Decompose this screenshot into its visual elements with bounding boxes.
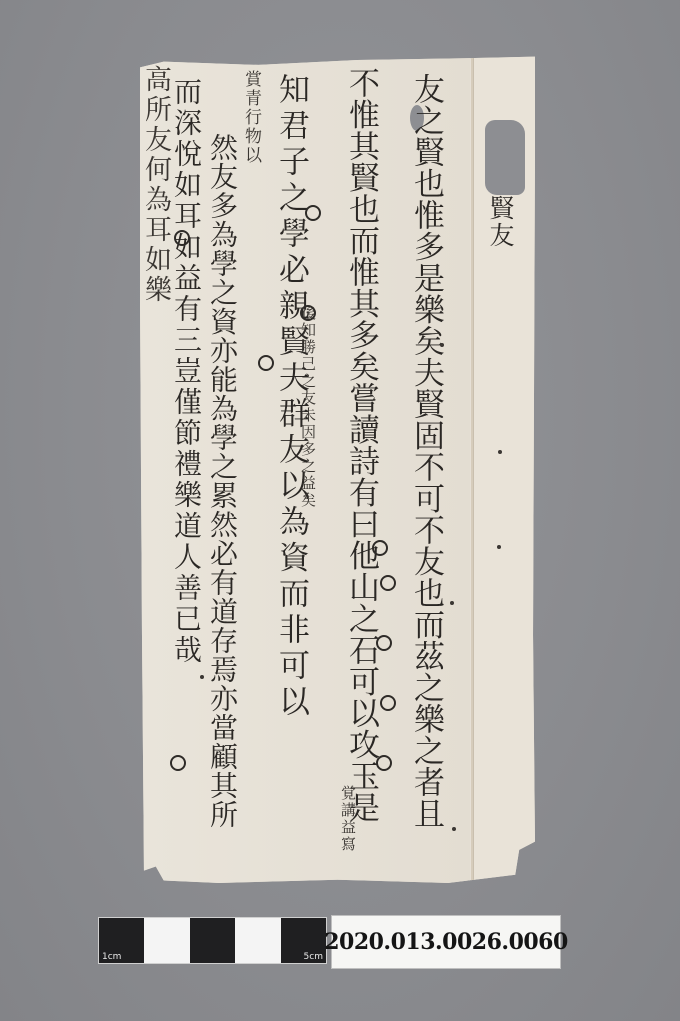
- annotation-circle-mark: [170, 755, 186, 771]
- manuscript-column-5: 而深悅如耳如益有三豈僅節禮樂道人善已哉: [172, 77, 200, 666]
- catalog-id-label: 2020.013.0026.0060: [331, 915, 561, 969]
- manuscript-column-1: 友之賢也惟多是樂矣夫賢固不可不友也而茲之樂之者且: [410, 73, 441, 829]
- scale-segment: [144, 918, 189, 963]
- ink-punctuation-dot: [498, 450, 502, 454]
- scale-left-label: 1cm: [102, 952, 121, 962]
- annotation-column-3: 覚講益寫: [340, 785, 355, 853]
- measurement-scale-bar: 1cm 5cm: [98, 917, 327, 964]
- ink-punctuation-dot: [450, 601, 454, 605]
- annotation-circle-mark: [376, 755, 392, 771]
- annotation-column-2: 後知勝己之友未因多之益矣: [300, 305, 315, 509]
- scale-segment: [190, 918, 235, 963]
- annotation-circle-mark: [380, 695, 396, 711]
- annotation-circle-mark: [174, 230, 190, 246]
- ink-punctuation-dot: [452, 827, 456, 831]
- annotation-circle-mark: [376, 635, 392, 651]
- ink-punctuation-dot: [440, 343, 444, 347]
- annotation-circle-mark: [305, 205, 321, 221]
- annotation-column-1: 賞青行物以: [242, 70, 259, 165]
- manuscript-column-2: 不惟其賢也而惟其多矣嘗讀詩有曰他山之石可以攻玉是: [345, 67, 376, 823]
- manuscript-column-6: 高所友何為耳如樂: [142, 65, 169, 305]
- annotation-circle-mark: [380, 575, 396, 591]
- ink-punctuation-dot: [497, 545, 501, 549]
- ink-punctuation-dot: [200, 675, 204, 679]
- scale-right-label: 5cm: [304, 952, 323, 962]
- annotation-circle-mark: [372, 540, 388, 556]
- manuscript-page: 賢友 友之賢也惟多是樂矣夫賢固不可不友也而茲之樂之者且 不惟其賢也而惟其多矣嘗讀…: [140, 55, 535, 883]
- annotation-circle-mark: [300, 305, 316, 321]
- paper-hole: [485, 120, 525, 195]
- scale-segment: [235, 918, 280, 963]
- manuscript-column-4: 然友多為學之資亦能為學之累然必有道存焉亦當顧其所: [208, 133, 236, 829]
- annotation-circle-mark: [258, 355, 274, 371]
- manuscript-title: 賢友: [488, 195, 513, 249]
